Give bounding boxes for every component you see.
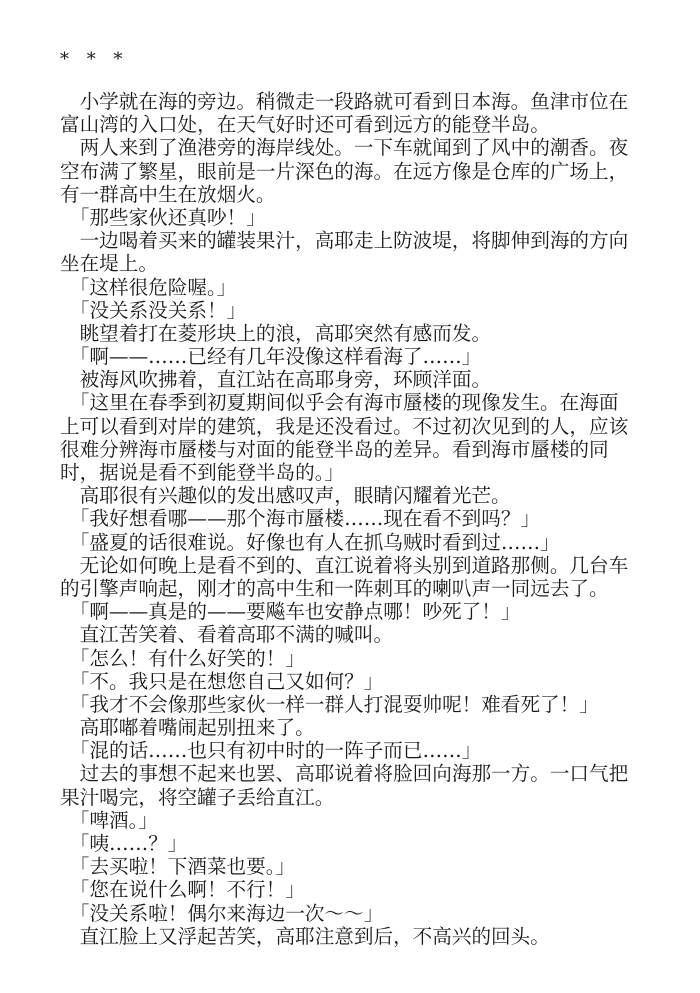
text-line: 上可以看到对岸的建筑，我是还没看过。不过初次见到的人，应该	[60, 415, 660, 438]
text-line: 空布满了繁星，眼前是一片深色的海。在远方像是仓库的广场上，	[60, 160, 660, 183]
text-line: 时，据说是看不到能登半岛的。」	[60, 461, 660, 484]
document-page: * * * 小学就在海的旁边。稍微走一段路就可看到日本海。鱼津市位在 富山湾的入…	[60, 48, 660, 948]
text-line: 无论如何晚上是看不到的、直江说着将头别到道路那侧。几台车	[60, 554, 660, 577]
text-line: 「没关系啦！偶尔来海边一次～～」	[60, 902, 660, 925]
body-text: 小学就在海的旁边。稍微走一段路就可看到日本海。鱼津市位在 富山湾的入口处，在天气…	[60, 90, 660, 948]
text-line: 高耶很有兴趣似的发出感叹声，眼睛闪耀着光芒。	[60, 484, 660, 507]
text-line: 直江苦笑着、看着高耶不满的喊叫。	[60, 623, 660, 646]
text-line: 有一群高中生在放烟火。	[60, 183, 660, 206]
text-line: 「啊——真是的——要飚车也安静点哪！吵死了！」	[60, 600, 660, 623]
text-line: 「怎么！有什么好笑的！」	[60, 647, 660, 670]
text-line: 「啊——……已经有几年没像这样看海了……」	[60, 345, 660, 368]
text-line: 「混的话……也只有初中时的一阵子而已……」	[60, 739, 660, 762]
text-line: 「去买啦！下酒菜也要。」	[60, 855, 660, 878]
text-line: 果汁喝完，将空罐子丢给直江。	[60, 786, 660, 809]
text-line: 很难分辨海市蜃楼与对面的能登半岛的差异。看到海市蜃楼的同	[60, 438, 660, 461]
text-line: 一边喝着买来的罐装果汁，高耶走上防波堤，将脚伸到海的方向	[60, 229, 660, 252]
text-line: 「啤酒。」	[60, 809, 660, 832]
section-separator: * * *	[60, 48, 660, 71]
text-line: 眺望着打在菱形块上的浪，高耶突然有感而发。	[60, 322, 660, 345]
text-line: 「这里在春季到初夏期间似乎会有海市蜃楼的现像发生。在海面	[60, 391, 660, 414]
text-line: 「我好想看哪——那个海市蜃楼……现在看不到吗？」	[60, 507, 660, 530]
text-line: 「咦……？」	[60, 832, 660, 855]
text-line: 富山湾的入口处，在天气好时还可看到远方的能登半岛。	[60, 113, 660, 136]
text-line: 过去的事想不起来也罢、高耶说着将脸回向海那一方。一口气把	[60, 762, 660, 785]
text-line: 小学就在海的旁边。稍微走一段路就可看到日本海。鱼津市位在	[60, 90, 660, 113]
text-line: 坐在堤上。	[60, 252, 660, 275]
text-line: 的引擎声响起，刚才的高中生和一阵刺耳的喇叭声一同远去了。	[60, 577, 660, 600]
text-line: 「您在说什么啊！不行！」	[60, 878, 660, 901]
text-line: 直江脸上又浮起苦笑，高耶注意到后，不高兴的回头。	[60, 925, 660, 948]
text-line: 两人来到了渔港旁的海岸线处。一下车就闻到了风中的潮香。夜	[60, 136, 660, 159]
text-line: 被海风吹拂着，直江站在高耶身旁，环顾洋面。	[60, 368, 660, 391]
text-line: 高耶嘟着嘴闹起别扭来了。	[60, 716, 660, 739]
text-line: 「不。我只是在想您自己又如何？」	[60, 670, 660, 693]
text-line: 「盛夏的话很难说。好像也有人在抓乌贼时看到过……」	[60, 531, 660, 554]
text-line: 「这样很危险喔。」	[60, 276, 660, 299]
text-line: 「没关系没关系！」	[60, 299, 660, 322]
text-line: 「那些家伙还真吵！」	[60, 206, 660, 229]
text-line: 「我才不会像那些家伙一样一群人打混耍帅呢！难看死了！」	[60, 693, 660, 716]
